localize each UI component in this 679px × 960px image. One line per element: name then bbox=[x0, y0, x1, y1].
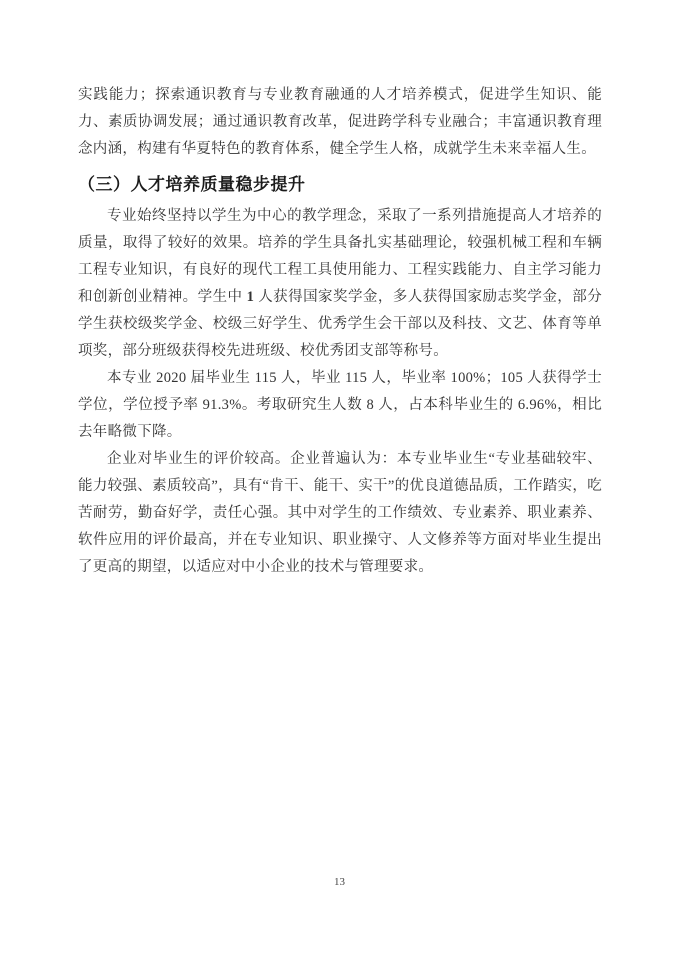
paragraph-training-quality: 专业始终坚持以学生为中心的教学理念，采取了一系列措施提高人才培养的质量，取得了较… bbox=[78, 203, 602, 365]
document-page: 实践能力；探索通识教育与专业教育融通的人才培养模式，促进学生知识、能力、素质协调… bbox=[0, 0, 679, 960]
paragraph-training-quality-bold-number: 1 bbox=[247, 289, 255, 305]
paragraph-graduation-stats: 本专业 2020 届毕业生 115 人，毕业 115 人，毕业率 100%；10… bbox=[78, 365, 602, 446]
paragraph-employer-evaluation: 企业对毕业生的评价较高。企业普遍认为：本专业毕业生“专业基础较牢、能力较强、素质… bbox=[78, 446, 602, 581]
page-number: 13 bbox=[0, 876, 679, 888]
section-heading: （三）人才培养质量稳步提升 bbox=[78, 171, 602, 198]
document-content: 实践能力；探索通识教育与专业教育融通的人才培养模式，促进学生知识、能力、素质协调… bbox=[78, 82, 602, 581]
continuation-paragraph: 实践能力；探索通识教育与专业教育融通的人才培养模式，促进学生知识、能力、素质协调… bbox=[78, 82, 602, 163]
